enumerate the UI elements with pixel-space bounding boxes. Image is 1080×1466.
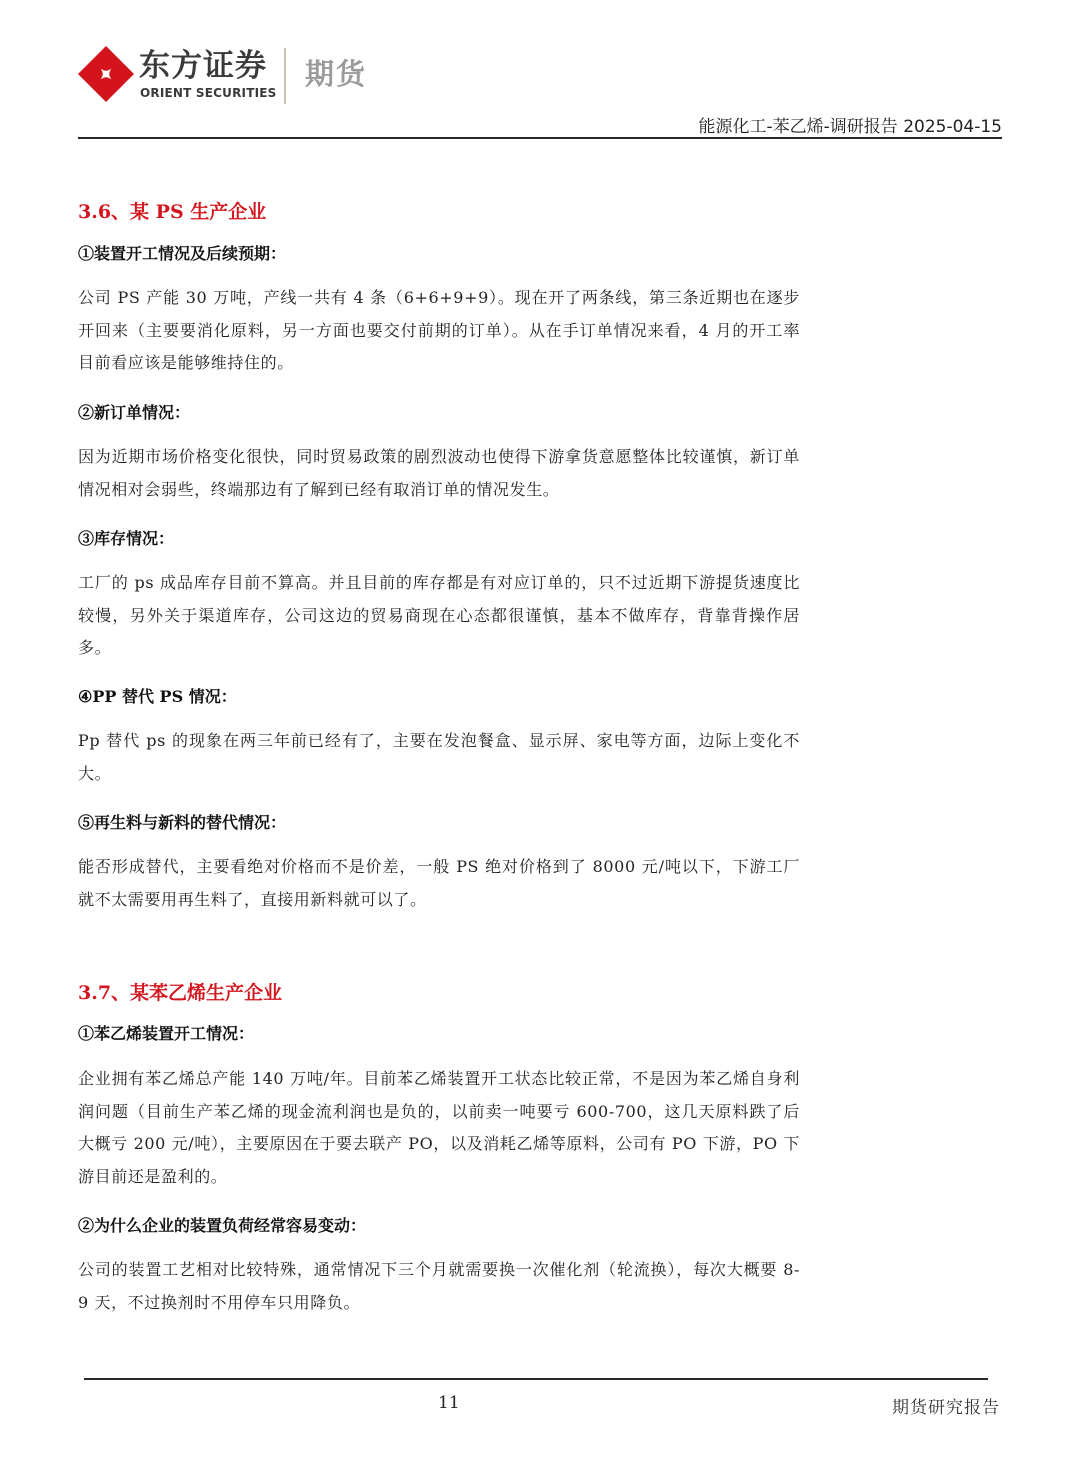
orient-securities-logo-icon [76, 44, 136, 104]
brand-futures-label: 期货 [305, 52, 367, 93]
paragraph: 公司 PS 产能 30 万吨，产线一共有 4 条（6+6+9+9）。现在开了两条… [78, 282, 800, 380]
section-title-3-7: 3.7、某苯乙烯生产企业 [78, 978, 282, 1005]
paragraph: 公司的装置工艺相对比较特殊，通常情况下三个月就需要换一次催化剂（轮流换），每次大… [78, 1254, 800, 1319]
paragraph: 能否形成替代，主要看绝对价格而不是价差，一般 PS 绝对价格到了 8000 元/… [78, 851, 800, 916]
sub-heading: ⑤再生料与新料的替代情况： [78, 810, 286, 833]
report-meta: 能源化工-苯乙烯-调研报告 2025-04-15 [699, 112, 1002, 137]
footer-divider [84, 1378, 988, 1380]
sub-heading: ①装置开工情况及后续预期： [78, 241, 286, 264]
brand-name-cn: 东方证券 [139, 48, 267, 84]
section-title-3-6: 3.6、某 PS 生产企业 [78, 197, 266, 224]
paragraph: 工厂的 ps 成品库存目前不算高。并且目前的库存都是有对应订单的，只不过近期下游… [78, 567, 800, 665]
page-number: 11 [438, 1393, 460, 1413]
sub-heading: ②为什么企业的装置负荷经常容易变动： [78, 1213, 366, 1236]
paragraph: 因为近期市场价格变化很快，同时贸易政策的剧烈波动也使得下游拿货意愿整体比较谨慎，… [78, 441, 800, 506]
paragraph: 企业拥有苯乙烯总产能 140 万吨/年。目前苯乙烯装置开工状态比较正常，不是因为… [78, 1063, 800, 1193]
sub-heading: ①苯乙烯装置开工情况： [78, 1021, 254, 1044]
header-divider [78, 137, 1002, 139]
footer-label: 期货研究报告 [892, 1393, 1000, 1418]
brand-name-en: ORIENT SECURITIES [140, 86, 277, 100]
sub-heading: ③库存情况： [78, 526, 174, 549]
sub-heading: ②新订单情况： [78, 400, 190, 423]
sub-heading: ④PP 替代 PS 情况： [78, 684, 237, 707]
brand-divider [284, 48, 286, 104]
paragraph: Pp 替代 ps 的现象在两三年前已经有了，主要在发泡餐盒、显示屏、家电等方面，… [78, 725, 800, 790]
